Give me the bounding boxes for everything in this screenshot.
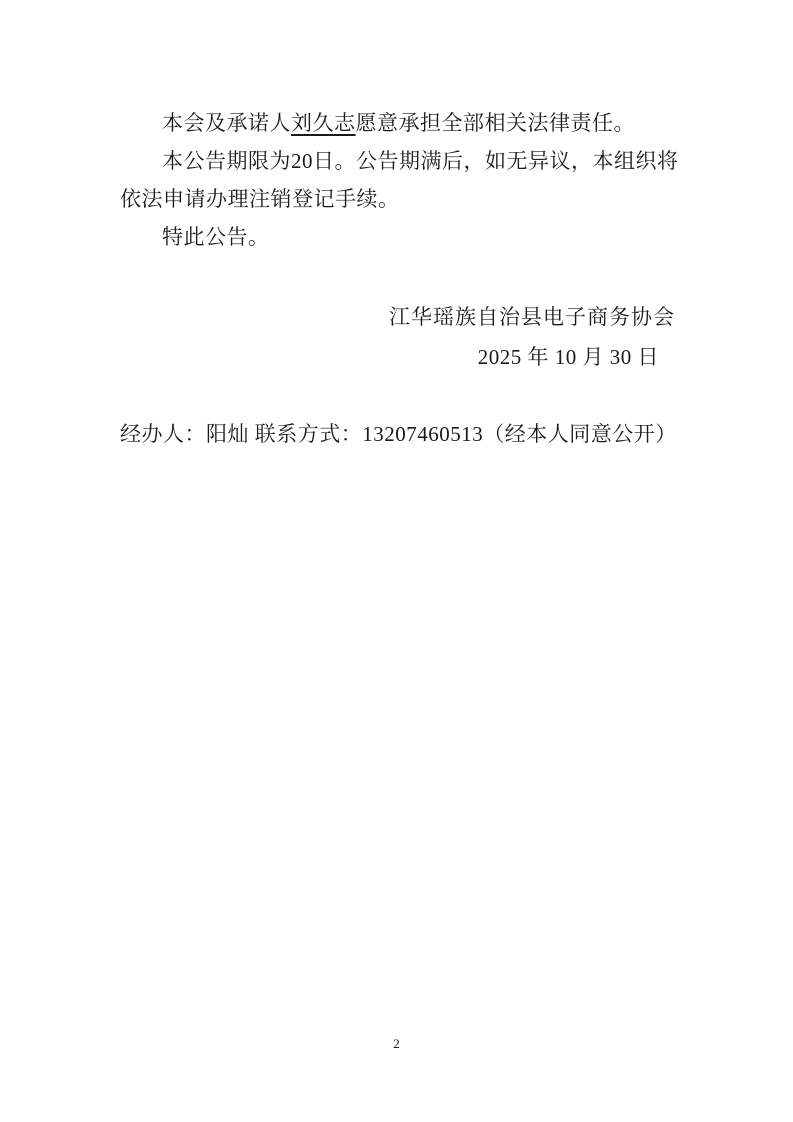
liability-text-before: 本会及承诺人	[162, 111, 291, 135]
liability-text-after: 愿意承担全部相关法律责任。	[356, 111, 636, 135]
promisor-name-underlined: 刘久志	[291, 111, 356, 135]
handler-contact-line: 经办人：阳灿 联系方式：13207460513（经本人同意公开）	[120, 418, 720, 448]
paragraph-notice-period-line1: 本公告期限为20日。公告期满后，如无异议，本组织将	[120, 142, 677, 180]
paragraph-notice-period-line2: 依法申请办理注销登记手续。	[120, 180, 677, 218]
signature-organization: 江华瑶族自治县电子商务协会	[120, 301, 675, 331]
announcement-body: 本会及承诺人刘久志愿意承担全部相关法律责任。 本公告期限为20日。公告期满后，如…	[120, 104, 677, 256]
document-page: 本会及承诺人刘久志愿意承担全部相关法律责任。 本公告期限为20日。公告期满后，如…	[0, 0, 793, 1122]
paragraph-closing: 特此公告。	[120, 218, 677, 256]
page-number: 2	[0, 1036, 793, 1052]
paragraph-liability: 本会及承诺人刘久志愿意承担全部相关法律责任。	[120, 104, 677, 142]
signature-date: 2025 年 10 月 30 日	[120, 341, 659, 371]
